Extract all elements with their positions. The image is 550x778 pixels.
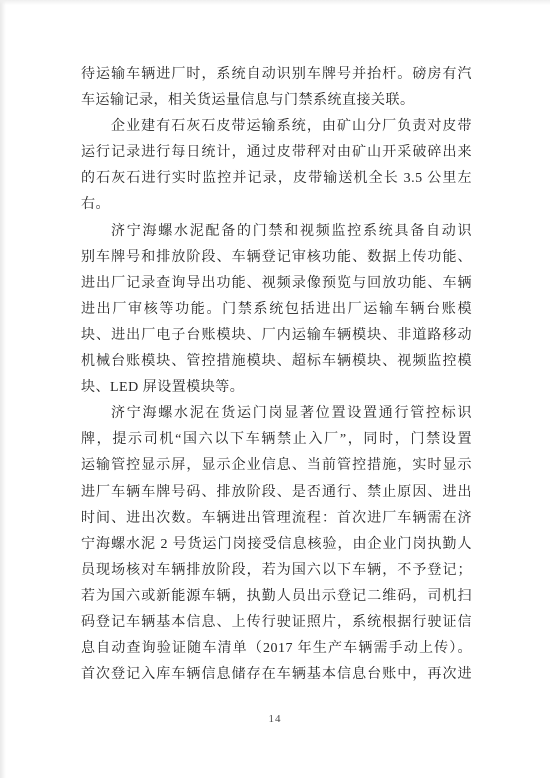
text-line: 块、进出厂电子台账模块、厂内运输车辆模块、非道路移动	[81, 323, 472, 349]
scan-edge-top	[0, 0, 550, 5]
text-line: 别车牌号和排放阶段、车辆登记审核功能、数据上传功能、	[81, 245, 472, 271]
text-line: 济宁海螺水泥配备的门禁和视频监控系统具备自动识	[81, 219, 472, 245]
text-line: 宁海螺水泥 2 号货运门岗接受信息核验，由企业门岗执勤人	[81, 532, 472, 558]
document-page: 待运输车辆进厂时，系统自动识别车牌号并抬杆。磅房有汽 车运输记录，相关货运量信息…	[0, 0, 550, 778]
text-line: 企业建有石灰石皮带运输系统，由矿山分厂负责对皮带	[81, 114, 472, 140]
paragraph-1: 待运输车辆进厂时，系统自动识别车牌号并抬杆。磅房有汽 车运输记录，相关货运量信息…	[81, 62, 472, 114]
text-line: 进出厂记录查询导出功能、视频录像预览与回放功能、车辆	[81, 271, 472, 297]
page-number: 14	[0, 713, 550, 725]
paragraph-3: 济宁海螺水泥配备的门禁和视频监控系统具备自动识 别车牌号和排放阶段、车辆登记审核…	[81, 219, 472, 402]
text-line: 若为国六或新能源车辆，执勤人员出示登记二维码，司机扫	[81, 584, 472, 610]
text-line: 员现场核对车辆排放阶段，若为国六以下车辆，不予登记；	[81, 558, 472, 584]
text-block: 待运输车辆进厂时，系统自动识别车牌号并抬杆。磅房有汽 车运输记录，相关货运量信息…	[81, 62, 472, 688]
text-line: 息自动查询验证随车清单（2017 年生产车辆需手动上传）。	[81, 636, 472, 662]
text-line: 时间、进出次数。车辆进出管理流程：首次进厂车辆需在济	[81, 506, 472, 532]
text-line: 首次登记入库车辆信息储存在车辆基本信息台账中，再次进	[81, 662, 472, 688]
text-line: 块、LED 屏设置模块等。	[81, 375, 472, 401]
text-line: 济宁海螺水泥在货运门岗显著位置设置通行管控标识	[81, 401, 472, 427]
scan-edge-left	[0, 0, 6, 778]
text-line: 运行记录进行每日统计，通过皮带秤对由矿山开采破碎出来	[81, 140, 472, 166]
text-line: 进出厂审核等功能。门禁系统包括进出厂运输车辆台账模	[81, 297, 472, 323]
text-line: 码登记车辆基本信息、上传行驶证照片，系统根据行驶证信	[81, 610, 472, 636]
text-line: 的石灰石进行实时监控并记录，皮带输送机全长 3.5 公里左	[81, 166, 472, 192]
text-line: 机械台账模块、管控措施模块、超标车辆模块、视频监控模	[81, 349, 472, 375]
text-line: 运输管控显示屏，显示企业信息、当前管控措施，实时显示	[81, 453, 472, 479]
text-line: 待运输车辆进厂时，系统自动识别车牌号并抬杆。磅房有汽	[81, 62, 472, 88]
paragraph-2: 企业建有石灰石皮带运输系统，由矿山分厂负责对皮带 运行记录进行每日统计，通过皮带…	[81, 114, 472, 218]
text-line: 车运输记录，相关货运量信息与门禁系统直接关联。	[81, 88, 472, 114]
text-line: 牌，提示司机“国六以下车辆禁止入厂”，同时，门禁设置	[81, 427, 472, 453]
text-line: 右。	[81, 192, 472, 218]
text-line: 进厂车辆车牌号码、排放阶段、是否通行、禁止原因、进出	[81, 480, 472, 506]
paragraph-4: 济宁海螺水泥在货运门岗显著位置设置通行管控标识 牌，提示司机“国六以下车辆禁止入…	[81, 401, 472, 688]
